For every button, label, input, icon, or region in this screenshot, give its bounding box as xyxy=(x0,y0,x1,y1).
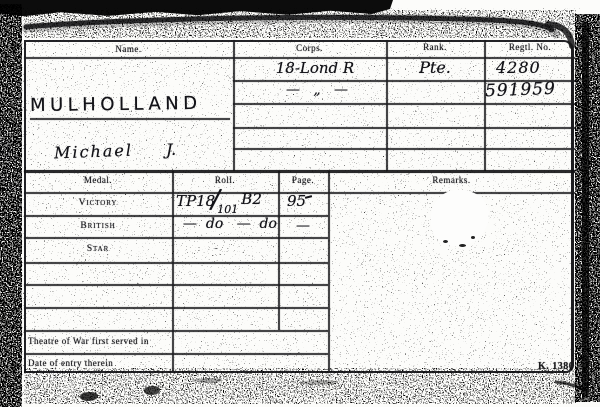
rule-row xyxy=(233,127,575,129)
surname-handwritten: MULHOLLAND xyxy=(30,93,202,116)
blemish-speck xyxy=(471,236,475,239)
victory-page-handwritten: 95 xyxy=(287,192,306,210)
theatre-of-war-label: Theatre of War first served in xyxy=(28,336,149,346)
rule-table-remarks xyxy=(328,171,330,372)
rule-row xyxy=(24,307,328,309)
form-number: K. 1380 xyxy=(538,361,574,372)
rule-row xyxy=(24,262,328,264)
regtl-no-first-handwritten: 4280 xyxy=(496,58,541,77)
medal-row-star-label: Star xyxy=(24,244,172,254)
rule-surname-underline xyxy=(30,118,230,120)
medal-index-card-scan: Name. Corps. Rank. Regtl. No. Medal. Rol… xyxy=(0,0,600,407)
blemish-speck xyxy=(459,244,466,247)
regtl-no-column-header: Regtl. No. xyxy=(486,42,574,52)
rule-name-corps xyxy=(233,40,235,171)
rule-row xyxy=(24,353,328,355)
rank-column-header: Rank. xyxy=(386,42,484,52)
rule-row xyxy=(24,330,328,332)
victory-roll-handwritten: TP18 / 101 B2 xyxy=(176,189,262,216)
scan-right-dark-band xyxy=(582,22,589,396)
scan-smudge xyxy=(196,378,222,383)
british-page-ditto-handwritten: — xyxy=(296,218,310,234)
star-roll-mark-handwritten: - xyxy=(214,241,218,255)
corps-column-header: Corps. xyxy=(233,43,386,53)
rule-row xyxy=(24,237,328,239)
medal-row-victory-label: Victory xyxy=(24,198,172,208)
rule-corps-rank xyxy=(386,40,388,171)
rule-row xyxy=(24,284,328,286)
rule-medal-roll xyxy=(172,171,174,372)
blemish-speck xyxy=(443,240,448,243)
rule-rank-regtl xyxy=(484,40,486,171)
corps-ditto-handwritten: — „ — xyxy=(262,82,372,98)
corps-handwritten: 18-Lond R xyxy=(250,59,380,77)
rule-row xyxy=(233,148,575,150)
forename-handwritten: Michael xyxy=(54,141,134,163)
rule-section-divider xyxy=(24,170,575,173)
regtl-no-second-handwritten: 591959 xyxy=(485,79,557,101)
date-of-entry-label: Date of entry therein xyxy=(28,358,113,368)
victory-roll-subnumber: 101 xyxy=(217,203,238,216)
roll-column-header: Roll. xyxy=(172,175,278,185)
scan-smudge xyxy=(80,392,98,401)
name-column-header: Name. xyxy=(24,44,233,54)
scan-smudge xyxy=(144,386,160,395)
page-column-header: Page. xyxy=(278,175,328,185)
remarks-header: Remarks. xyxy=(328,175,575,185)
british-roll-ditto-handwritten: — do — do xyxy=(183,216,277,232)
scan-top-black-band xyxy=(0,0,600,18)
rule-row xyxy=(233,103,575,105)
victory-roll-suffix: B2 xyxy=(241,190,262,208)
scan-smudge xyxy=(300,380,338,385)
medal-column-header: Medal. xyxy=(24,175,172,185)
medal-row-british-label: British xyxy=(24,221,172,231)
rank-handwritten: Pte. xyxy=(404,58,466,77)
forename-initial-handwritten: J. xyxy=(166,140,176,159)
